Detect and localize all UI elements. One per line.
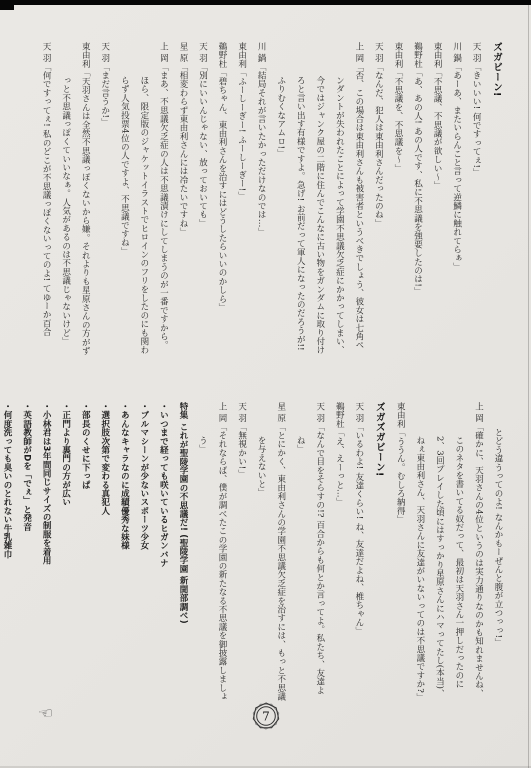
- dialogue-line: 鵜野杜「碧ちゃん、東由利さんを治すにはどうしたらいいのかしら」: [212, 42, 232, 356]
- mystery-list-item: ・正門より裏門の方が広い: [55, 402, 75, 702]
- speaker-name: 鵜野杜: [334, 402, 344, 428]
- speaker-name: 鵜野杜: [413, 42, 423, 68]
- dialogue-line: 天 羽「無視かい!」: [231, 402, 251, 702]
- dialogue-line: 鵜野杜「え、えーっと…」: [329, 402, 349, 702]
- dialogue-line: 上 岡「まあ、不思議欠乏症の人は不思議漬けにしてしまうのが一番ですから。ほら、限…: [114, 42, 173, 356]
- dialogue-continuation: とどう違うってのよ! なんかもーぜんと腹が立つっっ!」: [487, 402, 507, 702]
- dialogue-line: 川 鍋「あーあ、またいらんこと言って逆鱗に触れてらぁ」: [446, 42, 466, 356]
- dialogue-line: 上 岡「確かに、天羽さんの4位というのは実力通りなのかも知れませんね、このネタを…: [409, 402, 487, 702]
- speaker-name: 天 羽: [41, 42, 51, 62]
- page-edge-shadow: [528, 5, 529, 768]
- speaker-name: 上 岡: [354, 42, 364, 62]
- speaker-name: 天 羽: [354, 402, 364, 422]
- speaker-name: 天 羽: [315, 402, 325, 422]
- dialogue-line: 東由利「不思議、不思議が欲しい〜」: [427, 42, 447, 356]
- dialogue-line: 天 羽「きいいい! 何ですってぇ!」: [466, 42, 486, 356]
- mystery-list-item: ・あんなキャラなのに成績優秀な妹様: [114, 402, 134, 702]
- dialogue-line: 東由利「ふーしーぎー! ふーしーぎー!」: [231, 42, 251, 356]
- sfx-header: ズガズガビーン!: [368, 402, 390, 702]
- speaker-name: 東由利: [237, 42, 247, 68]
- mystery-list-item: ・ブルマシーンが少ないスポーツ少女: [133, 402, 153, 702]
- speaker-name: 星 原: [178, 42, 188, 62]
- pointing-hand-icon: ☜: [37, 705, 54, 724]
- dialogue-line: 天 羽「まだ言うか!」: [94, 42, 114, 356]
- dialogue-line: 星 原「とにかく、東由利さんの学園不思議欠乏症を治すには、もっと不思議を与えない…: [251, 402, 290, 702]
- page-number: 7: [262, 710, 270, 724]
- dialogue-line: 川 鍋「結局それが言いたかっただけなのでは…」: [251, 42, 271, 356]
- speaker-name: 天 羽: [198, 42, 208, 62]
- dialogue-line: 鵜野杜「あ、あの人! あの人です、私に不思議を強要したのは!」: [407, 42, 427, 356]
- speaker-name: 天 羽: [373, 42, 383, 62]
- text-block-top: ズガビーン!天 羽「きいいい! 何ですってぇ!」川 鍋「あーあ、またいらんこと言…: [36, 42, 507, 356]
- mystery-list-item: ・部長のくせに下っぱ: [75, 402, 95, 702]
- text-block-bottom: とどう違うってのよ! なんかもーぜんと腹が立つっっ!」上 岡「確かに、天羽さんの…: [0, 402, 507, 702]
- sfx-header: ズガビーン!: [485, 42, 507, 356]
- dialogue-line: 東由利「ううん。むしろ納得」: [390, 402, 410, 702]
- mystery-list-item: ・選択肢次第で変わる真犯人: [94, 402, 114, 702]
- speaker-name: 上 岡: [473, 402, 483, 422]
- page-number-badge: 7: [249, 699, 283, 733]
- speaker-name: 川 鍋: [256, 42, 266, 62]
- dialogue-line: 天 羽「なんで目をそらすの!? 百合からも何とか言ってよ。私たち、友達よね」: [290, 402, 329, 702]
- speaker-name: 東由利: [432, 42, 442, 68]
- speaker-name: 上 岡: [217, 402, 227, 422]
- speaker-name: 天 羽: [471, 42, 481, 62]
- dialogue-line: 上 岡「否、この場合は東由利さんも被害者というべきでしょう、彼女は七角ペンダント…: [270, 42, 368, 356]
- dialogue-line: 天 羽「いるわよ! 友達くらい! ね、友達だよね、椎ちゃん」: [348, 402, 368, 702]
- speaker-name: 鵜野杜: [217, 42, 227, 68]
- speaker-name: 東由利: [80, 42, 90, 68]
- dialogue-line: 東由利「天羽さんは全然不思議っぽくないから嫌。それよりも星原さんの方がずっと不思…: [55, 42, 94, 356]
- speaker-name: 東由利: [393, 42, 403, 68]
- speaker-name: 星 原: [276, 402, 286, 422]
- mystery-list-item: ・いつまで経っても咲いているヒガンバナ: [153, 402, 173, 702]
- mystery-list-item: ・何度洗っても臭いのとれない牛乳雑巾: [0, 402, 16, 702]
- dialogue-line: 天 羽「何ですってぇ! 私のどこが不思議っぽくないってのよ! てゆーか百合: [36, 42, 56, 356]
- dialogue-line: 天 羽「なんだ、犯人は東由利さんだったのね」: [368, 42, 388, 356]
- feature-title: 特集 これが聖陵学園の不思議だ! (聖陵学園 新聞部調べ): [172, 402, 192, 702]
- scan-corner-artifact: [0, 0, 14, 10]
- scan-edge-top-artifact: [0, 0, 531, 5]
- scanned-page: ズガビーン!天 羽「きいいい! 何ですってぇ!」川 鍋「あーあ、またいらんこと言…: [0, 0, 531, 768]
- dialogue-line: 上 岡「それならば、僕が調べたこの学園の新たなる不思議を御披露しましょう」: [192, 402, 231, 702]
- dialogue-line: 天 羽「別にいいんじゃない、放っておいても」: [192, 42, 212, 356]
- speaker-name: 天 羽: [237, 402, 247, 422]
- dialogue-line: 星 原「相変わらず東由利さんには冷たいですね」: [172, 42, 192, 356]
- speaker-name: 川 鍋: [452, 42, 462, 62]
- mystery-list-item: ・英語教師がDを「でぇ」と発音: [16, 402, 36, 702]
- speaker-name: 東由利: [395, 402, 405, 428]
- dialogue-line: 東由利「不思議を、不思議を〜」: [387, 42, 407, 356]
- speaker-name: 上 岡: [158, 42, 168, 62]
- speaker-name: 天 羽: [100, 42, 110, 62]
- rosette-ornament: 7: [249, 699, 283, 733]
- mystery-list-item: ・小林君は3年間同じサイズの制服を着用: [36, 402, 56, 702]
